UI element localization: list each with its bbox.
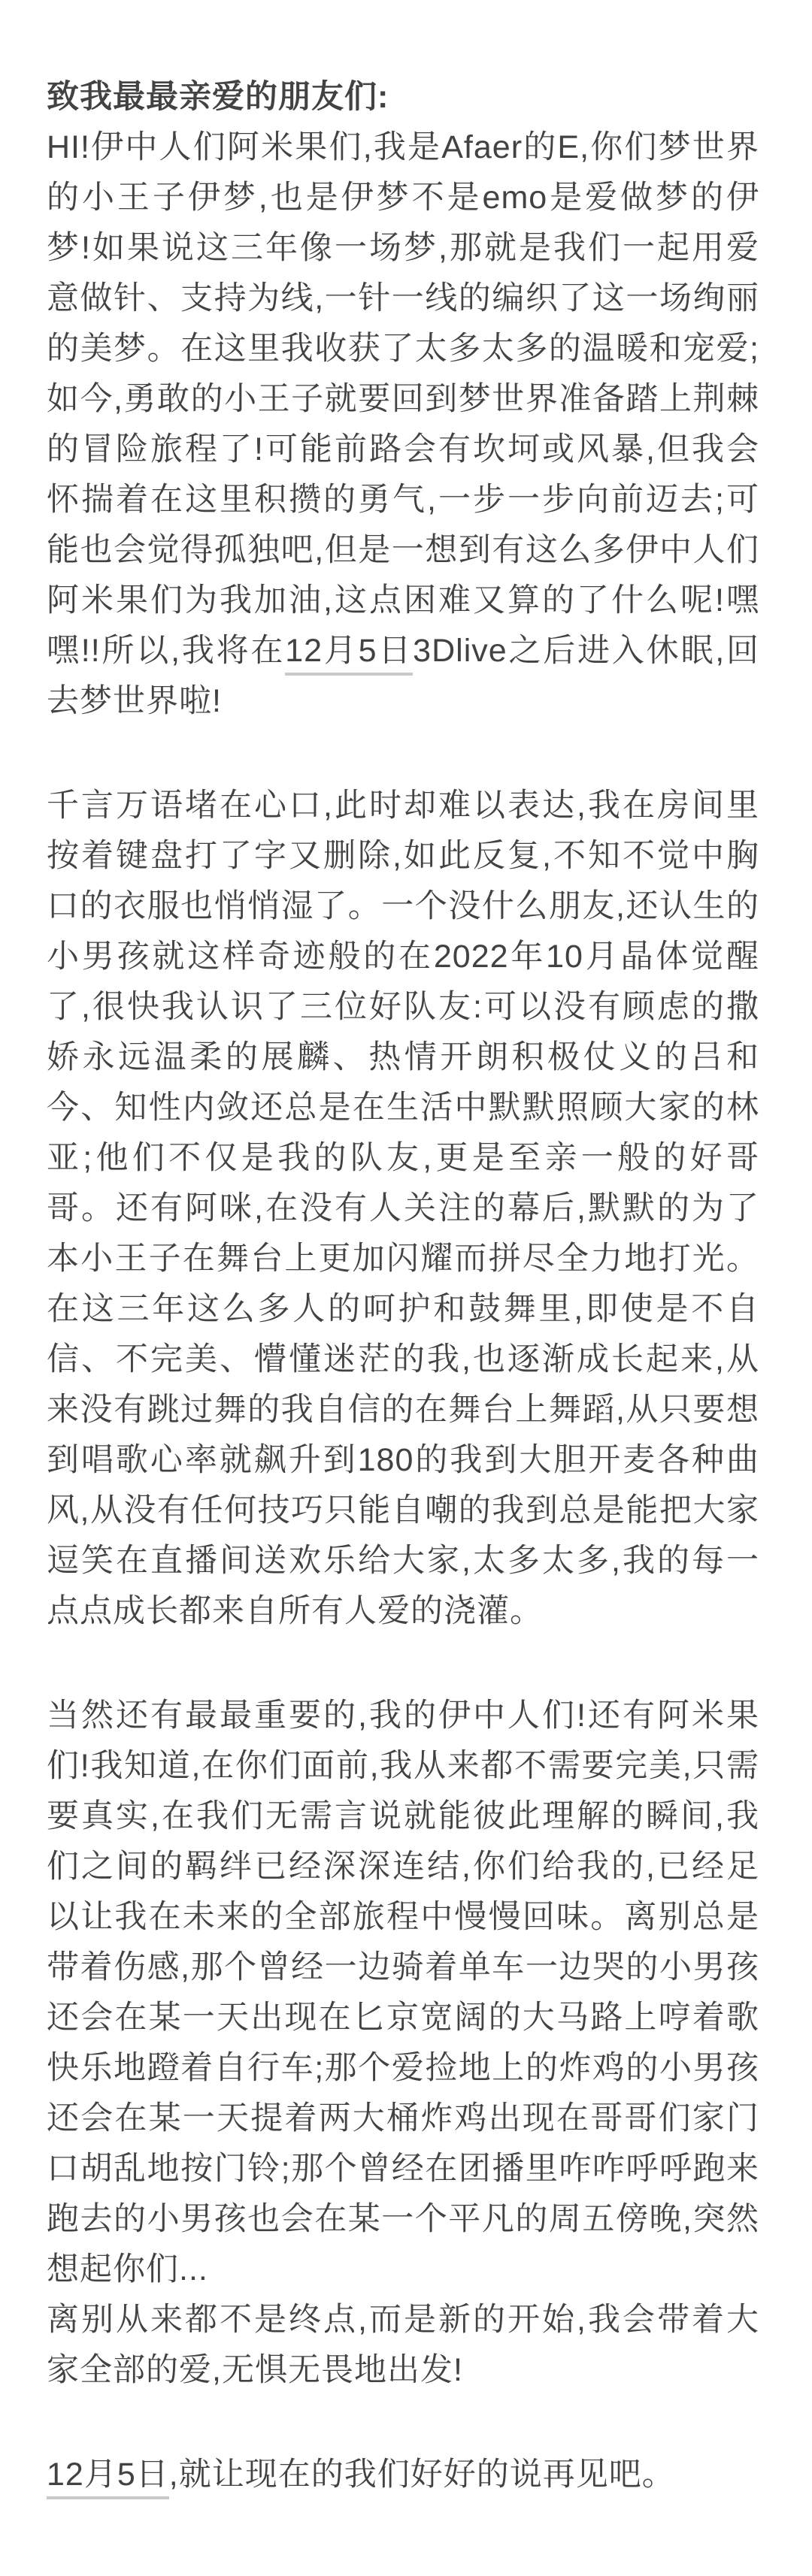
letter-page: 致我最最亲爱的朋友们: HI!伊中人们阿米果们,我是Afaer的E,你们梦世界的… [0,0,812,2576]
paragraph-new-beginning: 离别从来都不是终点,而是新的开始,我会带着大家全部的爱,无惧无畏地出发! [47,2295,759,2396]
paragraph-goodbye-date: 12月5日,就让现在的我们好好的说再见吧。 [47,2450,759,2500]
text-run: 千言万语堵在心口,此时却难以表达,我在房间里按着键盘打了字又删除,如此反复,不知… [47,788,759,1629]
paragraph-fans-memories: 当然还有最最重要的,我的伊中人们!还有阿米果们!我知道,在你们面前,我从来都不需… [47,1691,759,2295]
paragraph-heart-words: 千言万语堵在心口,此时却难以表达,我在房间里按着键盘打了字又删除,如此反复,不知… [47,781,759,1637]
text-run: 离别从来都不是终点,而是新的开始,我会带着大家全部的爱,无惧无畏地出发! [47,2302,759,2388]
text-run: 当然还有最最重要的,我的伊中人们!还有阿米果们!我知道,在你们面前,我从来都不需… [47,1698,759,2287]
underlined-date: 12月5日 [47,2457,169,2499]
letter-title: 致我最最亲爱的朋友们: [47,72,759,122]
letter-body: HI!伊中人们阿米果们,我是Afaer的E,你们梦世界的小王子伊梦,也是伊梦不是… [47,122,759,2500]
text-run: ,就让现在的我们好好的说再见吧。 [169,2457,675,2493]
paragraph-intro-dream: HI!伊中人们阿米果们,我是Afaer的E,你们梦世界的小王子伊梦,也是伊梦不是… [47,122,759,727]
text-run: HI!伊中人们阿米果们,我是Afaer的E,你们梦世界的小王子伊梦,也是伊梦不是… [47,129,759,669]
underlined-date: 12月5日 [285,633,413,676]
